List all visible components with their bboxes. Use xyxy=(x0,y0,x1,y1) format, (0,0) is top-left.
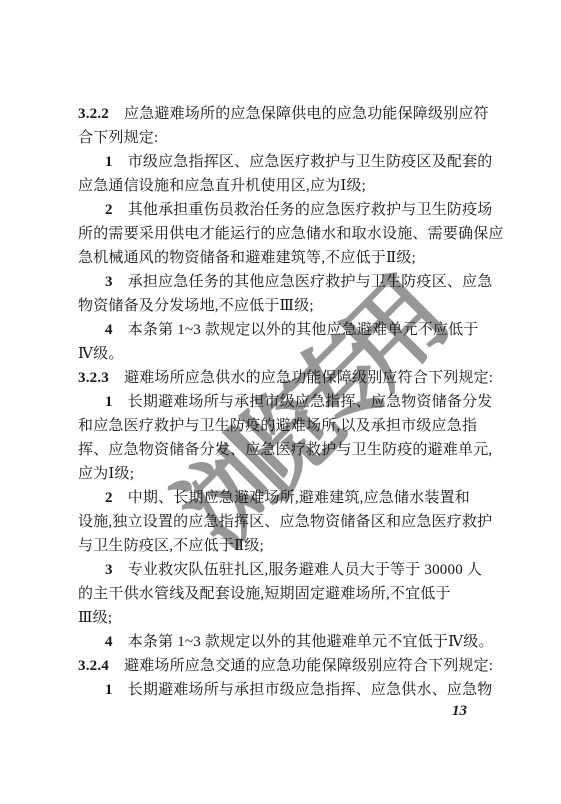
text-line: Ⅲ级; xyxy=(78,606,490,630)
clause-text: 与卫生防疫区,不应低于Ⅱ级; xyxy=(78,538,264,554)
clause-text: 物资储备及分发场地,不应低于Ⅲ级; xyxy=(78,298,314,314)
text-line: 合下列规定: xyxy=(78,126,490,150)
clause-text: 长期避难场所与承担市级应急指挥、应急物资储备分发 xyxy=(128,394,493,410)
clause-text: 长期避难场所与承担市级应急指挥、应急供水、应急物 xyxy=(128,682,493,698)
clause-number: 3 xyxy=(105,562,113,578)
text-line: 2中期、长期应急避难场所,避难建筑,应急储水装置和 xyxy=(78,486,490,510)
clause-text: 合下列规定: xyxy=(78,130,158,146)
text-line: 3.2.3避难场所应急供水的应急功能保障级别应符合下列规定: xyxy=(78,366,490,390)
clause-text: Ⅲ级; xyxy=(78,610,112,626)
document-text: 3.2.2应急避难场所的应急保障供电的应急功能保障级别应符 合下列规定: 1市级… xyxy=(78,102,490,702)
text-line: 应为Ⅰ级; xyxy=(78,462,490,486)
text-line: 3承担应急任务的其他应急医疗救护与卫生防疫区、应急 xyxy=(78,270,490,294)
clause-number: 1 xyxy=(105,682,113,698)
clause-text: 应急避难场所的应急保障供电的应急功能保障级别应符 xyxy=(124,106,489,122)
text-line: 3专业救灾队伍驻扎区,服务避难人员大于等于 30000 人 xyxy=(78,558,490,582)
clause-text: 避难场所应急交通的应急功能保障级别应符合下列规定: xyxy=(124,658,493,674)
clause-text: 急机械通风的物资储备和避难建筑等,不应低于Ⅱ级; xyxy=(78,250,416,266)
text-line: 的主干供水管线及配套设施,短期固定避难场所,不宜低于 xyxy=(78,582,490,606)
clause-number: 2 xyxy=(105,202,113,218)
text-line: 2其他承担重伤员救治任务的应急医疗救护与卫生防疫场 xyxy=(78,198,490,222)
text-line: Ⅳ级。 xyxy=(78,342,490,366)
clause-text: 承担应急任务的其他应急医疗救护与卫生防疫区、应急 xyxy=(128,274,493,290)
clause-text: 和应急医疗救护与卫生防疫的避难场所,以及承担市级应急指 xyxy=(78,418,477,434)
document-page: 浏览专用 3.2.2应急避难场所的应急保障供电的应急功能保障级别应符 合下列规定… xyxy=(0,0,561,804)
clause-text: 的主干供水管线及配套设施,短期固定避难场所,不宜低于 xyxy=(78,586,451,602)
clause-number: 1 xyxy=(105,154,113,170)
clause-number: 3.2.3 xyxy=(78,370,109,386)
text-line: 3.2.4避难场所应急交通的应急功能保障级别应符合下列规定: xyxy=(78,654,490,678)
text-line: 1市级应急指挥区、应急医疗救护与卫生防疫区及配套的 xyxy=(78,150,490,174)
text-line: 1长期避难场所与承担市级应急指挥、应急供水、应急物 xyxy=(78,678,490,702)
clause-number: 3.2.4 xyxy=(78,658,109,674)
clause-text: 所的需要采用供电才能运行的应急储水和取水设施、需要确保应 xyxy=(78,226,504,242)
clause-text: 专业救灾队伍驻扎区,服务避难人员大于等于 30000 人 xyxy=(128,562,482,578)
clause-text: Ⅳ级。 xyxy=(78,346,124,362)
text-line: 4本条第 1~3 款规定以外的其他应急避难单元不应低于 xyxy=(78,318,490,342)
clause-text: 本条第 1~3 款规定以外的其他避难单元不宜低于Ⅳ级。 xyxy=(128,634,494,650)
clause-number: 2 xyxy=(105,490,113,506)
text-line: 急机械通风的物资储备和避难建筑等,不应低于Ⅱ级; xyxy=(78,246,490,270)
text-line: 挥、应急物资储备分发、应急医疗救护与卫生防疫的避难单元, xyxy=(78,438,490,462)
text-line: 与卫生防疫区,不应低于Ⅱ级; xyxy=(78,534,490,558)
text-line: 1长期避难场所与承担市级应急指挥、应急物资储备分发 xyxy=(78,390,490,414)
text-line: 物资储备及分发场地,不应低于Ⅲ级; xyxy=(78,294,490,318)
clause-text: 其他承担重伤员救治任务的应急医疗救护与卫生防疫场 xyxy=(128,202,493,218)
clause-number: 3.2.2 xyxy=(78,106,109,122)
clause-text: 应急通信设施和应急直升机使用区,应为Ⅰ级; xyxy=(78,178,366,194)
clause-text: 避难场所应急供水的应急功能保障级别应符合下列规定: xyxy=(124,370,493,386)
text-line: 设施,独立设置的应急指挥区、应急物资储备区和应急医疗救护 xyxy=(78,510,490,534)
page-number: 13 xyxy=(452,703,467,720)
text-line: 应急通信设施和应急直升机使用区,应为Ⅰ级; xyxy=(78,174,490,198)
text-line: 所的需要采用供电才能运行的应急储水和取水设施、需要确保应 xyxy=(78,222,490,246)
text-line: 和应急医疗救护与卫生防疫的避难场所,以及承担市级应急指 xyxy=(78,414,490,438)
clause-text: 设施,独立设置的应急指挥区、应急物资储备区和应急医疗救护 xyxy=(78,514,492,530)
clause-number: 4 xyxy=(105,634,113,650)
clause-number: 4 xyxy=(105,322,113,338)
clause-text: 应为Ⅰ级; xyxy=(78,466,134,482)
text-line: 3.2.2应急避难场所的应急保障供电的应急功能保障级别应符 xyxy=(78,102,490,126)
clause-text: 市级应急指挥区、应急医疗救护与卫生防疫区及配套的 xyxy=(128,154,493,170)
clause-text: 中期、长期应急避难场所,避难建筑,应急储水装置和 xyxy=(128,490,470,506)
clause-text: 挥、应急物资储备分发、应急医疗救护与卫生防疫的避难单元, xyxy=(78,442,492,458)
clause-number: 3 xyxy=(105,274,113,290)
text-line: 4本条第 1~3 款规定以外的其他避难单元不宜低于Ⅳ级。 xyxy=(78,630,490,654)
clause-text: 本条第 1~3 款规定以外的其他应急避难单元不应低于 xyxy=(128,322,479,338)
clause-number: 1 xyxy=(105,394,113,410)
